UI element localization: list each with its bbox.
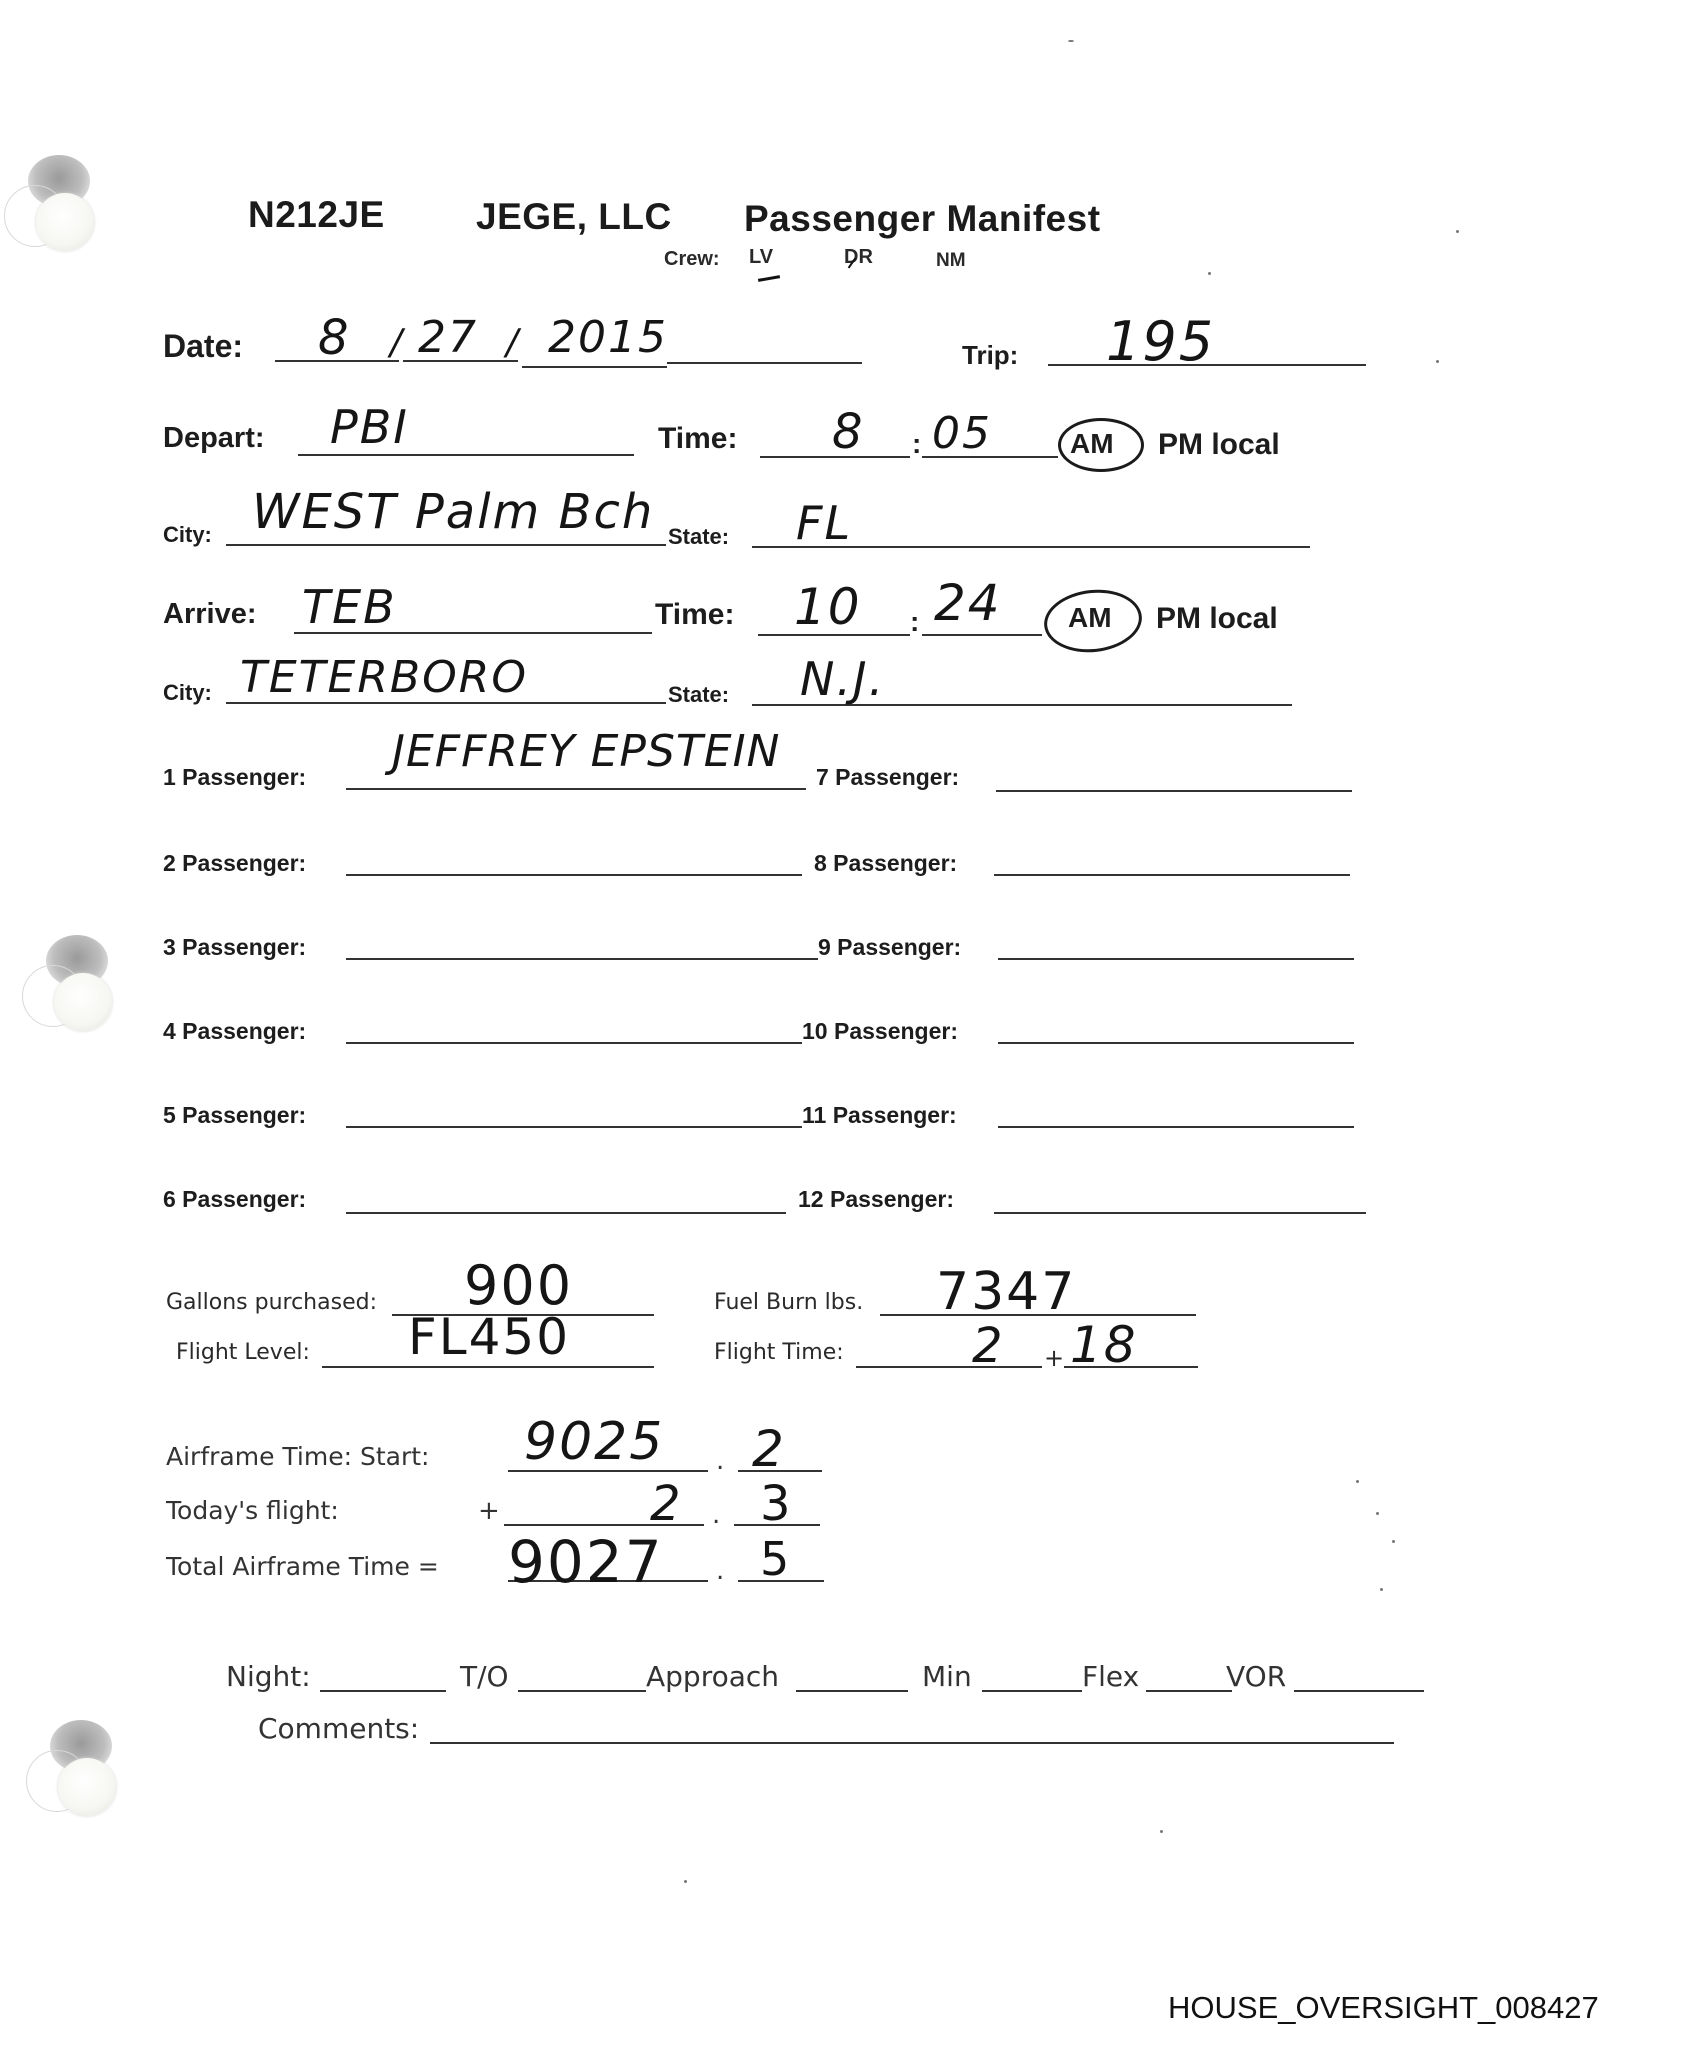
passenger-5-label: 5 Passenger: <box>163 1102 306 1129</box>
scan-speck <box>1068 40 1074 42</box>
approach-label: Approach <box>646 1660 779 1693</box>
passenger-2-label: 2 Passenger: <box>163 850 306 877</box>
passenger-11-label: 11 Passenger: <box>802 1102 957 1129</box>
depart-city-label: City: <box>163 522 212 548</box>
airframe-start-decimal: . <box>716 1446 724 1476</box>
bates-number: HOUSE_OVERSIGHT_008427 <box>1168 1990 1599 2026</box>
airframe-start-tenth-value: 2 <box>752 1420 786 1478</box>
vor-label: VOR <box>1226 1660 1286 1693</box>
depart-time-label: Time: <box>658 422 737 456</box>
passenger-2-line <box>346 874 802 876</box>
depart-city-value: WEST Palm Bch <box>252 484 654 540</box>
todays-flight-whole-value: 2 <box>650 1476 683 1532</box>
arrive-hour-value: 10 <box>794 578 862 636</box>
passenger-8-label: 8 Passenger: <box>814 850 957 877</box>
depart-line <box>298 454 634 456</box>
depart-time-colon: : <box>912 428 921 460</box>
todays-flight-tenth-value: 3 <box>760 1476 793 1532</box>
scan-speck <box>684 1880 687 1883</box>
crew-lv: LV <box>749 246 773 269</box>
arrive-state-value: N.J. <box>800 652 885 706</box>
trip-label: Trip: <box>962 340 1018 371</box>
flight-time-hours-line <box>856 1366 1042 1368</box>
date-year-value: 2015 <box>548 312 668 363</box>
passenger-12-line <box>994 1212 1366 1214</box>
fuel-burn-label: Fuel Burn lbs. <box>714 1290 863 1315</box>
trip-value: 195 <box>1106 310 1215 373</box>
flex-label: Flex <box>1082 1660 1139 1693</box>
passenger-7-line <box>996 790 1352 792</box>
passenger-1-label: 1 Passenger: <box>163 764 306 791</box>
scan-speck <box>1356 1480 1359 1483</box>
airframe-start-whole-value: 9025 <box>524 1412 664 1472</box>
scan-speck <box>1436 360 1439 363</box>
min-label: Min <box>922 1660 972 1693</box>
arrive-time-label: Time: <box>655 598 734 632</box>
depart-label: Depart: <box>163 422 265 455</box>
vor-line <box>1294 1690 1424 1692</box>
scan-speck <box>1208 272 1211 275</box>
depart-pm-local-label: PM local <box>1158 428 1280 462</box>
passenger-12-label: 12 Passenger: <box>798 1186 954 1213</box>
flight-time-minutes-value: 18 <box>1070 1316 1138 1374</box>
crew-lv-check-mark <box>758 275 780 282</box>
flight-time-plus: + <box>1044 1344 1064 1372</box>
passenger-9-label: 9 Passenger: <box>818 934 961 961</box>
hole-punch-top <box>0 155 110 265</box>
crew-nm: NM <box>936 250 966 272</box>
date-year-line <box>522 366 667 368</box>
passenger-6-line <box>346 1212 786 1214</box>
takeoff-line <box>518 1690 646 1692</box>
date-sep-2: / <box>506 322 520 363</box>
flight-level-label: Flight Level: <box>176 1340 310 1365</box>
tail-number: N212JE <box>248 194 385 236</box>
depart-am-option: AM <box>1070 428 1114 460</box>
flight-time-label: Flight Time: <box>714 1340 844 1365</box>
flex-line <box>1146 1690 1232 1692</box>
passenger-8-line <box>994 874 1350 876</box>
comments-line <box>430 1742 1394 1744</box>
night-label: Night: <box>226 1660 311 1693</box>
depart-minute-value: 05 <box>932 408 992 459</box>
todays-flight-plus: + <box>478 1496 500 1526</box>
scan-speck <box>1160 1830 1163 1833</box>
todays-flight-decimal: . <box>712 1500 720 1530</box>
todays-flight-label: Today's flight: <box>166 1496 339 1525</box>
gallons-purchased-label: Gallons purchased: <box>166 1290 377 1315</box>
date-trailing-line <box>667 362 862 364</box>
flight-level-line <box>322 1366 654 1368</box>
total-airframe-label: Total Airframe Time = <box>166 1552 439 1581</box>
scan-speck <box>1376 1512 1379 1515</box>
arrive-city-value: TETERBORO <box>240 652 528 703</box>
passenger-6-label: 6 Passenger: <box>163 1186 306 1213</box>
depart-state-label: State: <box>668 524 729 550</box>
passenger-1-line <box>346 788 806 790</box>
total-airframe-tenth-value: 5 <box>760 1532 791 1586</box>
page-title: Passenger Manifest <box>744 198 1101 240</box>
flight-level-value: FL450 <box>408 1308 570 1366</box>
hole-punch-middle <box>18 935 128 1045</box>
arrive-value: TEB <box>302 580 397 634</box>
date-day-value: 27 <box>418 312 478 363</box>
passenger-7-label: 7 Passenger: <box>816 764 959 791</box>
arrive-minute-line <box>922 634 1042 636</box>
depart-state-value: FL <box>796 496 852 550</box>
arrive-minute-value: 24 <box>934 574 1002 632</box>
passenger-3-label: 3 Passenger: <box>163 934 306 961</box>
airframe-start-label: Airframe Time: Start: <box>166 1442 429 1471</box>
total-airframe-whole-value: 9027 <box>508 1528 664 1596</box>
approach-line <box>796 1690 908 1692</box>
hole-punch-bottom <box>22 1720 132 1830</box>
scan-speck <box>1456 230 1459 233</box>
passenger-11-line <box>998 1126 1354 1128</box>
comments-label: Comments: <box>258 1712 419 1745</box>
arrive-pm-local-label: PM local <box>1156 602 1278 636</box>
passenger-10-label: 10 Passenger: <box>802 1018 958 1045</box>
night-line <box>320 1690 446 1692</box>
arrive-am-option: AM <box>1068 602 1112 634</box>
crew-label: Crew: <box>664 248 720 271</box>
total-airframe-decimal: . <box>716 1556 724 1586</box>
date-sep-1: / <box>390 322 404 363</box>
flight-time-hours-value: 2 <box>972 1318 1005 1374</box>
company-name: JEGE, LLC <box>476 196 672 238</box>
arrive-city-label: City: <box>163 680 212 706</box>
date-month-value: 8 <box>318 310 351 366</box>
min-line <box>982 1690 1082 1692</box>
scan-speck <box>1392 1540 1395 1543</box>
passenger-1-value: JEFFREY EPSTEIN <box>392 726 780 777</box>
arrive-time-colon: : <box>910 606 919 638</box>
passenger-3-line <box>346 958 818 960</box>
takeoff-label: T/O <box>460 1660 509 1693</box>
date-label: Date: <box>163 328 243 365</box>
passenger-5-line <box>346 1126 802 1128</box>
arrive-state-label: State: <box>668 682 729 708</box>
passenger-10-line <box>998 1042 1354 1044</box>
fuel-burn-value: 7347 <box>936 1262 1076 1322</box>
passenger-9-line <box>998 958 1354 960</box>
depart-city-line <box>226 544 666 546</box>
depart-value: PBI <box>330 400 409 454</box>
passenger-4-line <box>346 1042 802 1044</box>
depart-hour-value: 8 <box>832 404 865 460</box>
arrive-label: Arrive: <box>163 598 257 631</box>
passenger-4-label: 4 Passenger: <box>163 1018 306 1045</box>
scan-speck <box>1380 1588 1383 1591</box>
